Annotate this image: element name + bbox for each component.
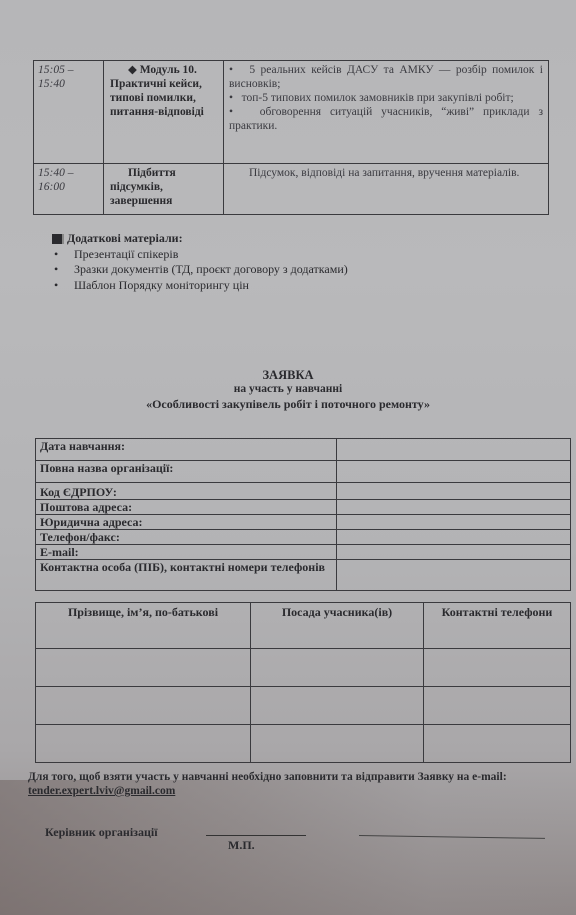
time-cell: 15:40 – 16:00 bbox=[34, 164, 104, 215]
description-cell: Підсумок, відповіді на запитання, вручен… bbox=[224, 164, 549, 215]
contact-person-field[interactable] bbox=[337, 560, 571, 591]
bullet-item: • топ-5 типових помилок замовників при з… bbox=[229, 91, 543, 105]
bullet-item: • обговорення ситуацій учасників, “живі”… bbox=[229, 105, 543, 133]
participant-phone-cell[interactable] bbox=[424, 687, 571, 725]
schedule-table: 15:05 – 15:40 ◆ Модуль 10. Практичні кей… bbox=[33, 60, 549, 215]
list-item-text: Презентації спікерів bbox=[74, 247, 178, 263]
form-row: Юридична адреса: bbox=[36, 515, 571, 530]
module-line: підсумків, bbox=[110, 180, 218, 194]
bullet-icon: • bbox=[52, 262, 74, 278]
time-end: 16:00 bbox=[38, 180, 98, 194]
bullet-icon: • bbox=[52, 247, 74, 263]
legal-address-field[interactable] bbox=[337, 515, 571, 530]
additional-materials-header: Додаткові матеріали: bbox=[52, 231, 348, 247]
materials-list: •Презентації спікерів •Зразки документів… bbox=[52, 247, 348, 294]
form-row: E-mail: bbox=[36, 545, 571, 560]
participants-table: Прізвище, ім’я, по-батькові Посада учасн… bbox=[35, 602, 571, 763]
list-item: •Шаблон Порядку моніторингу цін bbox=[52, 278, 348, 294]
field-label: E-mail: bbox=[36, 545, 337, 560]
description-cell: • 5 реальних кейсів ДАСУ та АМКУ — розбі… bbox=[224, 61, 549, 164]
participant-position-cell[interactable] bbox=[251, 649, 424, 687]
signature-label: Керівник організації bbox=[45, 825, 158, 840]
participant-name-cell[interactable] bbox=[36, 725, 251, 763]
stamp-label: М.П. bbox=[228, 838, 255, 853]
module-line: завершення bbox=[110, 194, 218, 208]
form-row: Дата навчання: bbox=[36, 439, 571, 461]
field-label: Юридична адреса: bbox=[36, 515, 337, 530]
column-header-phones: Контактні телефони bbox=[424, 603, 571, 649]
email-link[interactable]: tender.expert.lviv@gmail.com bbox=[28, 785, 175, 797]
participant-position-cell[interactable] bbox=[251, 687, 424, 725]
list-item: •Зразки документів (ТД, проєкт договору … bbox=[52, 262, 348, 278]
table-row bbox=[36, 649, 571, 687]
module-line: питання-відповіді bbox=[110, 105, 218, 119]
field-label: Повна назва організації: bbox=[36, 461, 337, 483]
form-row: Код ЄДРПОУ: bbox=[36, 483, 571, 500]
module-title: Підбиття bbox=[110, 166, 218, 180]
application-title: ЗАЯВКА bbox=[0, 368, 576, 383]
organization-name-field[interactable] bbox=[337, 461, 571, 483]
additional-materials-title: Додаткові матеріали: bbox=[67, 231, 183, 247]
participant-name-cell[interactable] bbox=[36, 687, 251, 725]
bullet-icon: • bbox=[229, 64, 249, 76]
field-label: Дата навчання: bbox=[36, 439, 337, 461]
bullet-icon: • bbox=[52, 278, 74, 294]
module-title: ◆ Модуль 10. bbox=[110, 63, 218, 77]
table-row bbox=[36, 687, 571, 725]
photo-shadow bbox=[0, 780, 576, 915]
book-icon bbox=[52, 234, 64, 244]
list-item: •Презентації спікерів bbox=[52, 247, 348, 263]
list-item-text: Шаблон Порядку моніторингу цін bbox=[74, 278, 249, 294]
column-header-name: Прізвище, ім’я, по-батькові bbox=[36, 603, 251, 649]
edrpou-field[interactable] bbox=[337, 483, 571, 500]
phone-fax-field[interactable] bbox=[337, 530, 571, 545]
name-line bbox=[359, 835, 545, 839]
additional-materials: Додаткові матеріали: •Презентації спікер… bbox=[52, 231, 348, 293]
list-item-text: Зразки документів (ТД, проєкт договору з… bbox=[74, 262, 348, 278]
schedule-row: 15:05 – 15:40 ◆ Модуль 10. Практичні кей… bbox=[34, 61, 549, 164]
bullet-text: обговорення ситуацій учасників, “живі” п… bbox=[229, 106, 543, 132]
participant-position-cell[interactable] bbox=[251, 725, 424, 763]
form-row: Контактна особа (ПІБ), контактні номери … bbox=[36, 560, 571, 591]
participant-phone-cell[interactable] bbox=[424, 725, 571, 763]
bullet-icon: • bbox=[229, 106, 260, 118]
bullet-text: топ-5 типових помилок замовників при зак… bbox=[242, 92, 514, 104]
email-field[interactable] bbox=[337, 545, 571, 560]
training-date-field[interactable] bbox=[337, 439, 571, 461]
module-cell: ◆ Модуль 10. Практичні кейси, типові пом… bbox=[104, 61, 224, 164]
submission-note: Для того, щоб взяти участь у навчанні не… bbox=[28, 770, 507, 798]
form-row: Поштова адреса: bbox=[36, 500, 571, 515]
field-label: Код ЄДРПОУ: bbox=[36, 483, 337, 500]
course-title: «Особливості закупівель робіт і поточног… bbox=[0, 397, 576, 412]
postal-address-field[interactable] bbox=[337, 500, 571, 515]
form-row: Повна назва організації: bbox=[36, 461, 571, 483]
participant-name-cell[interactable] bbox=[36, 649, 251, 687]
bullet-item: • 5 реальних кейсів ДАСУ та АМКУ — розбі… bbox=[229, 63, 543, 91]
table-row bbox=[36, 725, 571, 763]
time-start: 15:40 – bbox=[38, 166, 98, 180]
module-line: Практичні кейси, bbox=[110, 77, 218, 91]
time-cell: 15:05 – 15:40 bbox=[34, 61, 104, 164]
form-row: Телефон/факс: bbox=[36, 530, 571, 545]
participant-phone-cell[interactable] bbox=[424, 649, 571, 687]
schedule-row: 15:40 – 16:00 Підбиття підсумків, заверш… bbox=[34, 164, 549, 215]
field-label: Контактна особа (ПІБ), контактні номери … bbox=[36, 560, 337, 591]
module-line: типові помилки, bbox=[110, 91, 218, 105]
column-header-position: Посада учасника(ів) bbox=[251, 603, 424, 649]
field-label: Поштова адреса: bbox=[36, 500, 337, 515]
application-subtitle: на участь у навчанні bbox=[0, 383, 576, 395]
bullet-icon: • bbox=[229, 92, 242, 104]
time-end: 15:40 bbox=[38, 77, 98, 91]
summary-text: Підсумок, відповіді на запитання, вручен… bbox=[229, 166, 543, 180]
organization-form: Дата навчання: Повна назва організації: … bbox=[35, 438, 571, 591]
bullet-text: 5 реальних кейсів ДАСУ та АМКУ — розбір … bbox=[229, 64, 543, 90]
field-label: Телефон/факс: bbox=[36, 530, 337, 545]
submission-instructions: Для того, щоб взяти участь у навчанні не… bbox=[28, 770, 507, 784]
table-header-row: Прізвище, ім’я, по-батькові Посада учасн… bbox=[36, 603, 571, 649]
module-cell: Підбиття підсумків, завершення bbox=[104, 164, 224, 215]
time-start: 15:05 – bbox=[38, 63, 98, 77]
signature-line bbox=[206, 835, 306, 836]
